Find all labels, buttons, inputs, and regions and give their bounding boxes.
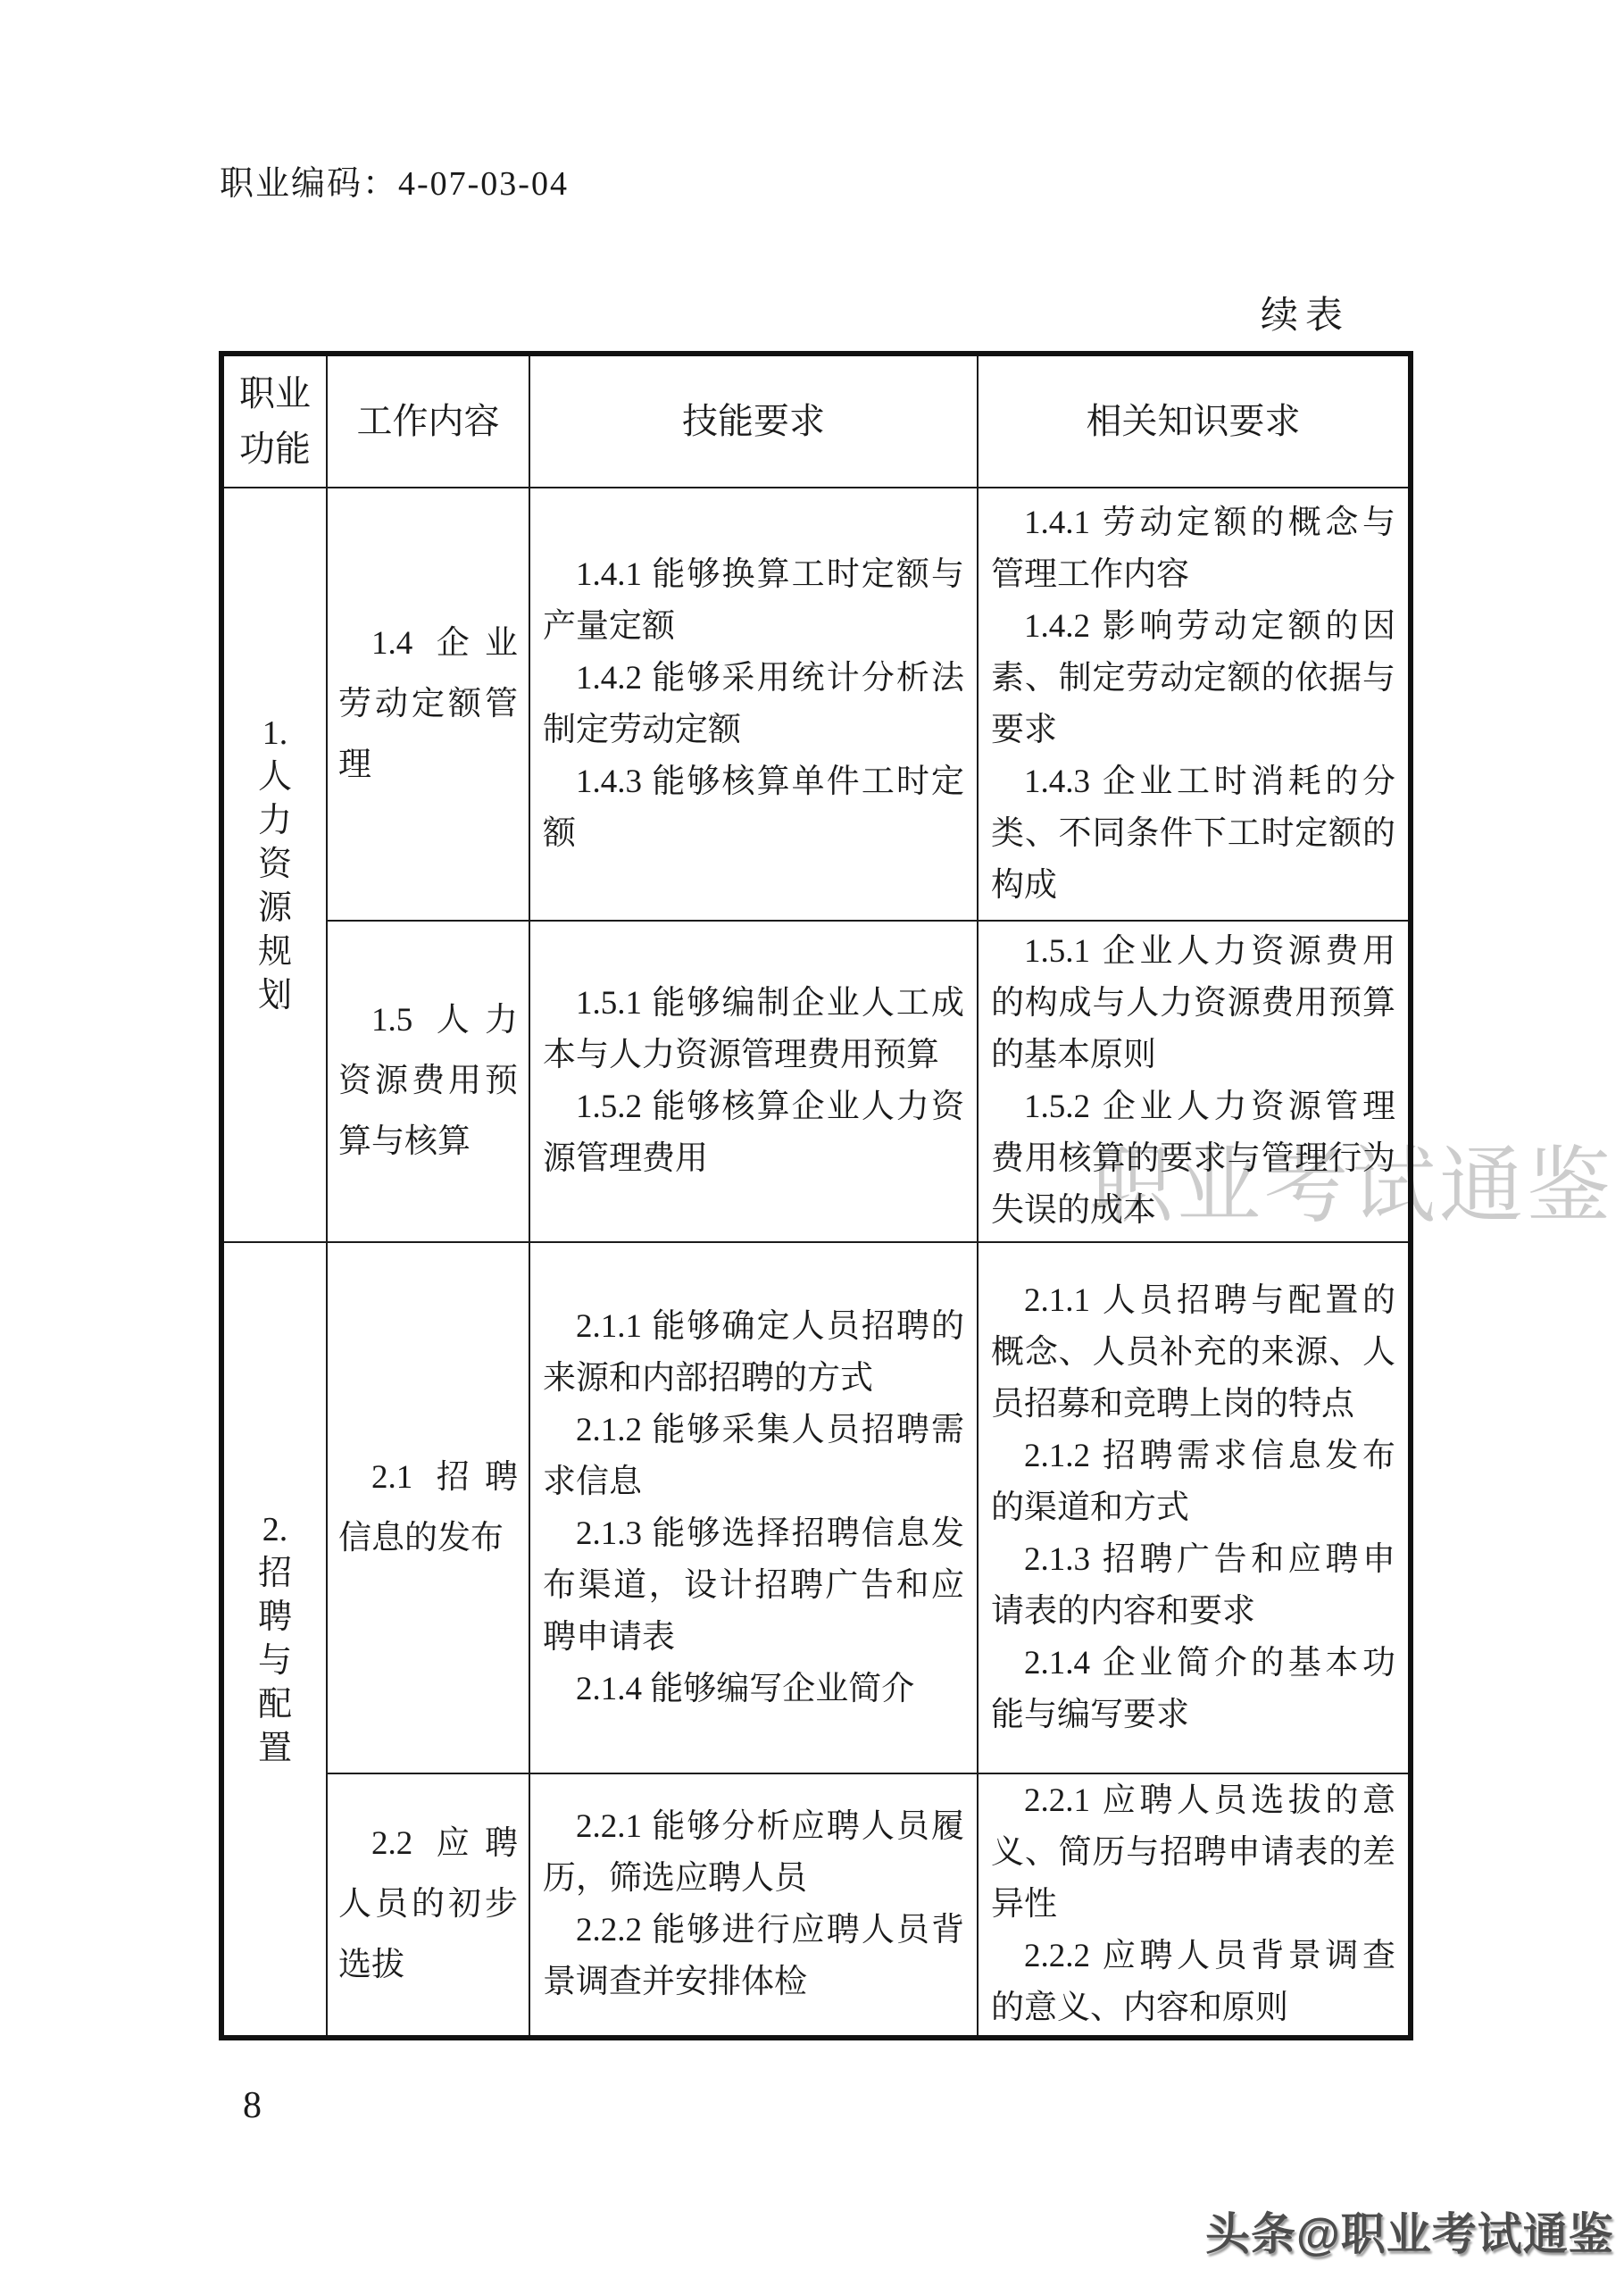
knowledge-item: 1.5.2 企业人力资源管理费用核算的要求与管理行为失误的成本 (991, 1081, 1395, 1237)
knowledge-item: 1.4.1 劳动定额的概念与管理工作内容 (991, 497, 1395, 601)
knowledge-item: 2.1.3 招聘广告和应聘申请表的内容和要求 (991, 1534, 1395, 1638)
skill-item: 2.2.2 能够进行应聘人员背景调查并安排体检 (543, 1905, 964, 2008)
watermark-bottom-right: 头条@职业考试通鉴 (1205, 2199, 1614, 2263)
table-row: 1. 人 力 资 源 规 划 1.4 企业劳动定额管理 1.4.1 能够换算工时… (221, 488, 1411, 921)
knowledge-item: 2.2.1 应聘人员选拔的意义、简历与招聘申请表的差异性 (991, 1775, 1395, 1931)
knowledge-item: 2.1.2 招聘需求信息发布的渠道和方式 (991, 1431, 1395, 1534)
header-label-function: 职业功能 (230, 366, 320, 477)
skill-item: 2.1.3 能够选择招聘信息发布渠道，设计招聘广告和应聘申请表 (543, 1508, 964, 1664)
work-cell-2-2: 2.2 应聘人员的初步选拔 (327, 1773, 529, 2038)
skill-item: 2.1.2 能够采集人员招聘需求信息 (543, 1405, 964, 1508)
header-cell-function: 职业功能 (221, 354, 327, 488)
header-label-skills: 技能要求 (531, 394, 976, 449)
table-row: 1.5 人力资源费用预算与核算 1.5.1 能够编制企业人工成本与人力资源管理费… (221, 921, 1411, 1242)
function-vertical-label: 2. 招 聘 与 配 置 (225, 1508, 325, 1771)
knowledge-cell-2-2: 2.2.1 应聘人员选拔的意义、简历与招聘申请表的差异性 2.2.2 应聘人员背… (978, 1773, 1411, 2038)
knowledge-cell-2-1: 2.1.1 人员招聘与配置的概念、人员补充的来源、人员招募和竞聘上岗的特点 2.… (978, 1242, 1411, 1773)
skill-item: 2.2.1 能够分析应聘人员履历，筛选应聘人员 (543, 1801, 964, 1905)
occupation-code-text: 职业编码：4-07-03-04 (220, 155, 569, 204)
header-label-work: 工作内容 (329, 394, 528, 449)
skill-item: 1.5.1 能够编制企业人工成本与人力资源管理费用预算 (543, 978, 964, 1081)
work-cell-1-5: 1.5 人力资源费用预算与核算 (327, 921, 529, 1242)
skill-item: 2.1.1 能够确定人员招聘的来源和内部招聘的方式 (543, 1301, 964, 1405)
work-cell-2-1: 2.1 招聘信息的发布 (327, 1242, 529, 1773)
skill-item: 2.1.4 能够编写企业简介 (543, 1664, 964, 1715)
table-row: 2.2 应聘人员的初步选拔 2.2.1 能够分析应聘人员履历，筛选应聘人员 2.… (221, 1773, 1411, 2038)
work-label: 1.5 人力资源费用预算与核算 (338, 990, 518, 1172)
function-vertical-label: 1. 人 力 资 源 规 划 (225, 712, 325, 1018)
work-cell-1-4: 1.4 企业劳动定额管理 (327, 488, 529, 921)
table-header-row: 职业功能 工作内容 技能要求 相关知识要求 (221, 354, 1411, 488)
occupational-standard-table: 职业功能 工作内容 技能要求 相关知识要求 1. 人 力 资 源 规 (219, 351, 1413, 2040)
knowledge-cell-1-5: 1.5.1 企业人力资源费用的构成与人力资源费用预算的基本原则 1.5.2 企业… (978, 921, 1411, 1242)
knowledge-item: 2.1.4 企业简介的基本功能与编写要求 (991, 1638, 1395, 1741)
skills-cell-2-1: 2.1.1 能够确定人员招聘的来源和内部招聘的方式 2.1.2 能够采集人员招聘… (529, 1242, 978, 1773)
knowledge-item: 1.4.3 企业工时消耗的分类、不同条件下工时定额的构成 (991, 756, 1395, 912)
skills-cell-2-2: 2.2.1 能够分析应聘人员履历，筛选应聘人员 2.2.2 能够进行应聘人员背景… (529, 1773, 978, 2038)
skill-item: 1.5.2 能够核算企业人力资源管理费用 (543, 1081, 964, 1185)
function-cell-hr-planning: 1. 人 力 资 源 规 划 (221, 488, 327, 1242)
skill-item: 1.4.2 能够采用统计分析法制定劳动定额 (543, 653, 964, 756)
skill-item: 1.4.3 能够核算单件工时定额 (543, 756, 964, 860)
header-label-knowledge: 相关知识要求 (979, 394, 1407, 449)
page-number: 8 (243, 2084, 262, 2127)
continued-table-label: 续表 (1261, 286, 1350, 339)
header-cell-skills: 技能要求 (529, 354, 978, 488)
function-cell-recruitment: 2. 招 聘 与 配 置 (221, 1242, 327, 2038)
document-page: 职业编码：4-07-03-04 续表 职业考试通鉴 职业功能 工作内容 技能要求… (0, 0, 1624, 2278)
knowledge-item: 1.5.1 企业人力资源费用的构成与人力资源费用预算的基本原则 (991, 926, 1395, 1081)
skills-cell-1-4: 1.4.1 能够换算工时定额与产量定额 1.4.2 能够采用统计分析法制定劳动定… (529, 488, 978, 921)
skills-cell-1-5: 1.5.1 能够编制企业人工成本与人力资源管理费用预算 1.5.2 能够核算企业… (529, 921, 978, 1242)
knowledge-cell-1-4: 1.4.1 劳动定额的概念与管理工作内容 1.4.2 影响劳动定额的因素、制定劳… (978, 488, 1411, 921)
knowledge-item: 2.1.1 人员招聘与配置的概念、人员补充的来源、人员招募和竞聘上岗的特点 (991, 1275, 1395, 1431)
table-row: 2. 招 聘 与 配 置 2.1 招聘信息的发布 2.1.1 能够确定人员招聘的… (221, 1242, 1411, 1773)
skill-item: 1.4.1 能够换算工时定额与产量定额 (543, 549, 964, 653)
work-label: 2.1 招聘信息的发布 (338, 1448, 518, 1569)
work-label: 1.4 企业劳动定额管理 (338, 613, 518, 796)
work-label: 2.2 应聘人员的初步选拔 (338, 1814, 518, 1996)
knowledge-item: 1.4.2 影响劳动定额的因素、制定劳动定额的依据与要求 (991, 601, 1395, 756)
header-cell-knowledge: 相关知识要求 (978, 354, 1411, 488)
header-cell-work: 工作内容 (327, 354, 529, 488)
knowledge-item: 2.2.2 应聘人员背景调查的意义、内容和原则 (991, 1931, 1395, 2034)
